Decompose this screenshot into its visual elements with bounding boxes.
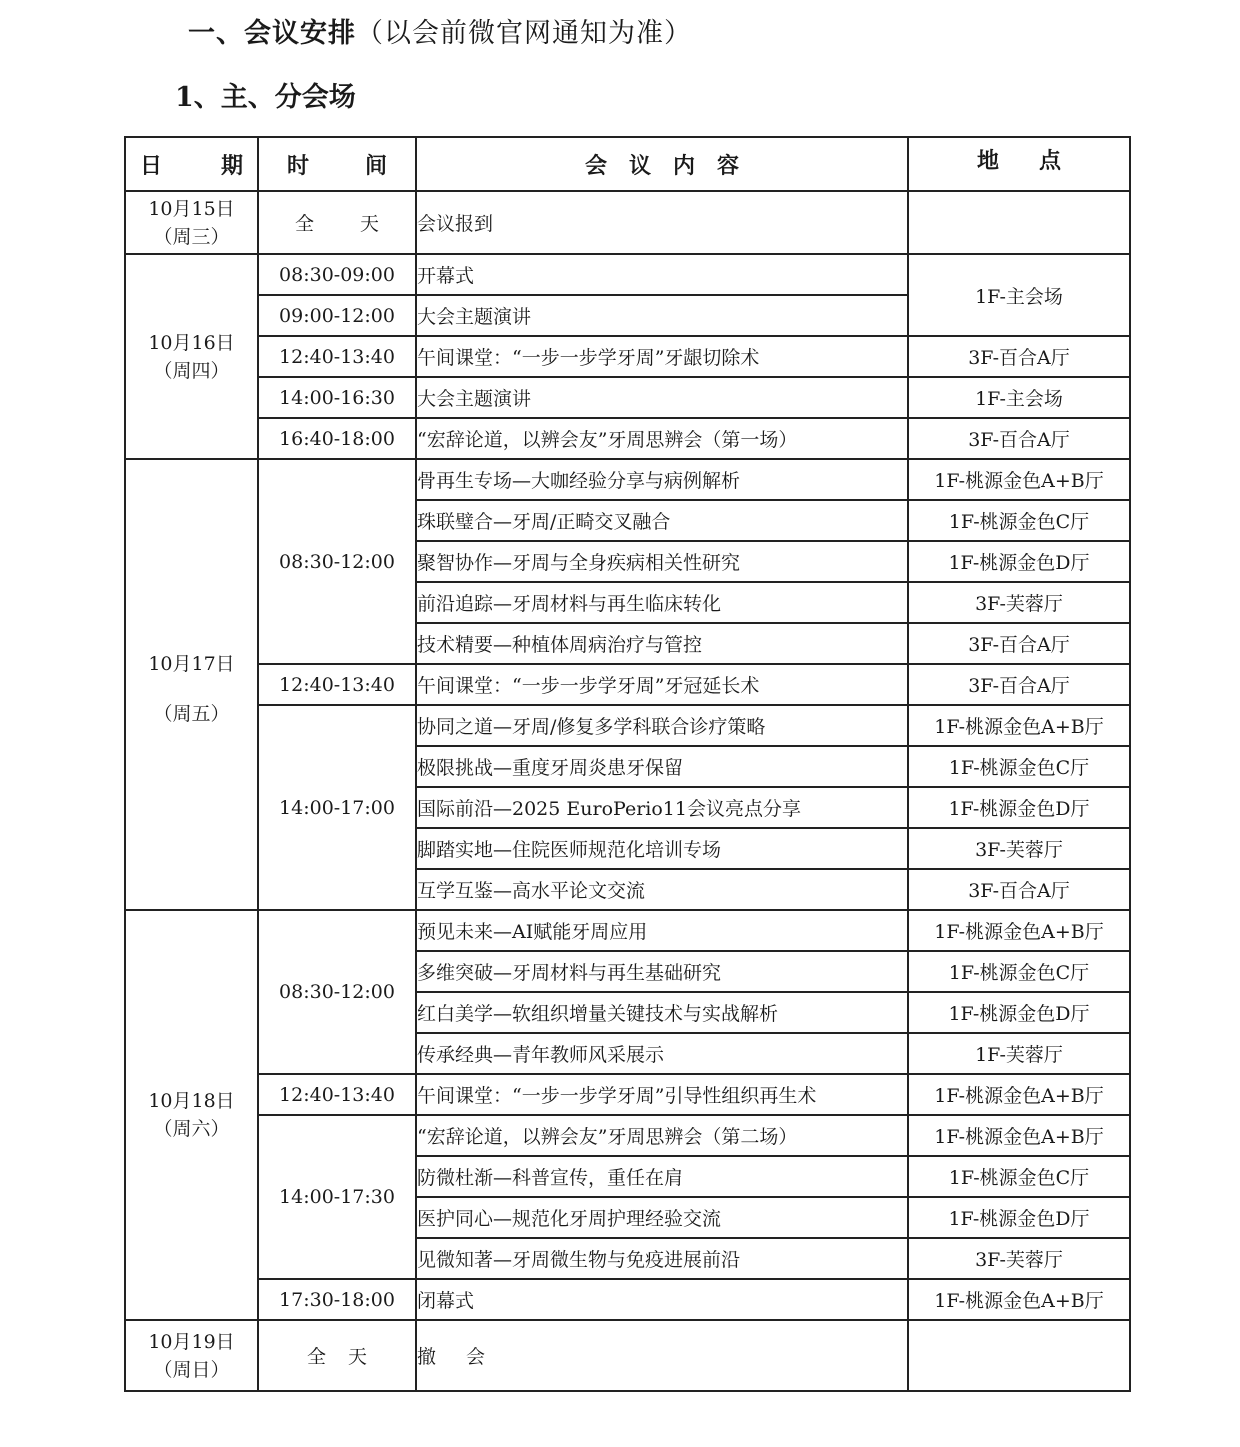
header-time-char: 间 [365,149,387,180]
venue-cell: 1F-桃源金色D厅 [908,541,1130,582]
venue-cell: 1F-桃源金色A+B厅 [908,910,1130,951]
venue-cell: 1F-桃源金色A+B厅 [908,1074,1130,1115]
venue-cell: 1F-芙蓉厅 [908,1033,1130,1074]
content-cell: 预见未来—AI赋能牙周应用 [416,910,908,951]
content-cell: 协同之道—牙周/修复多学科联合诊疗策略 [416,705,908,746]
table-row: 10月17日 （周五） 08:30-12:00 骨再生专场—大咖经验分享与病例解… [125,459,1130,500]
table-header-row: 日期 时间 会议内容 地点 [125,137,1130,191]
venue-cell: 3F-百合A厅 [908,418,1130,459]
content-cell: 互学互鉴—高水平论文交流 [416,869,908,910]
content-cell: 午间课堂：“一步一步学牙周”牙冠延长术 [416,664,908,705]
time-label: 天 [360,209,379,236]
section-title: 一、会议安排（以会前微官网通知为准） [188,14,692,54]
content-label: 会 [466,1346,485,1368]
date-label: 10月19日 [126,1328,257,1356]
venue-cell: 1F-桃源金色A+B厅 [908,705,1130,746]
venue-cell: 3F-芙蓉厅 [908,1238,1130,1279]
date-cell: 10月15日 （周三） [125,191,258,254]
venue-cell: 3F-芙蓉厅 [908,582,1130,623]
time-cell: 12:40-13:40 [258,1074,416,1115]
table-row: 12:40-13:40 午间课堂：“一步一步学牙周”牙冠延长术 3F-百合A厅 [125,664,1130,705]
weekday-label: （周四） [126,357,257,385]
content-cell: 大会主题演讲 [416,295,908,336]
content-cell: 午间课堂：“一步一步学牙周”引导性组织再生术 [416,1074,908,1115]
table-row: 17:30-18:00 闭幕式 1F-桃源金色A+B厅 [125,1279,1130,1320]
header-venue-char: 地 [977,148,999,174]
time-cell: 12:40-13:40 [258,664,416,705]
venue-cell: 3F-芙蓉厅 [908,828,1130,869]
header-time-char: 时 [287,149,309,180]
header-time: 时间 [258,137,416,191]
header-venue-char: 点 [1039,148,1061,174]
venue-cell: 1F-桃源金色D厅 [908,1197,1130,1238]
weekday-label: （周日） [126,1356,257,1384]
content-cell: 开幕式 [416,254,908,295]
header-date: 日期 [125,137,258,191]
table-row: 16:40-18:00 “宏辞论道，以辨会友”牙周思辨会（第一场） 3F-百合A… [125,418,1130,459]
content-cell: 极限挑战—重度牙周炎患牙保留 [416,746,908,787]
table-row: 12:40-13:40 午间课堂：“一步一步学牙周”牙龈切除术 3F-百合A厅 [125,336,1130,377]
header-date-char: 日 [140,149,162,180]
content-cell: 大会主题演讲 [416,377,908,418]
venue-cell: 3F-百合A厅 [908,664,1130,705]
header-content-label: 会议内容 [563,153,761,179]
date-cell: 10月17日 （周五） [125,459,258,910]
date-label: 10月17日 [126,650,257,678]
venue-cell [908,191,1130,254]
header-content: 会议内容 [416,137,908,191]
content-cell: 技术精要—种植体周病治疗与管控 [416,623,908,664]
date-label: 10月15日 [126,195,257,223]
content-cell: 前沿追踪—牙周材料与再生临床转化 [416,582,908,623]
content-cell: 医护同心—规范化牙周护理经验交流 [416,1197,908,1238]
time-cell: 08:30-12:00 [258,459,416,664]
venue-cell [908,1320,1130,1391]
table-row: 10月16日 （周四） 08:30-09:00 开幕式 1F-主会场 [125,254,1130,295]
table-row: 10月19日 （周日） 全天 撤会 [125,1320,1130,1391]
content-cell: 珠联璧合—牙周/正畸交叉融合 [416,500,908,541]
content-cell: 骨再生专场—大咖经验分享与病例解析 [416,459,908,500]
time-cell: 14:00-17:30 [258,1115,416,1279]
time-label: 全 [295,209,314,236]
time-label: 天 [348,1346,367,1368]
time-cell: 12:40-13:40 [258,336,416,377]
venue-cell: 1F-桃源金色A+B厅 [908,1115,1130,1156]
section-title-main: 一、会议安排 [188,18,356,49]
venue-cell: 1F-桃源金色A+B厅 [908,1279,1130,1320]
content-cell: 见微知著—牙周微生物与免疫进展前沿 [416,1238,908,1279]
content-cell: “宏辞论道，以辨会友”牙周思辨会（第一场） [416,418,908,459]
time-cell: 09:00-12:00 [258,295,416,336]
time-cell: 全天 [258,191,416,254]
time-cell: 17:30-18:00 [258,1279,416,1320]
venue-cell: 1F-主会场 [908,377,1130,418]
subsection-title: 1、主、分会场 [175,78,356,118]
time-cell: 全天 [258,1320,416,1391]
time-cell: 14:00-16:30 [258,377,416,418]
time-cell: 08:30-12:00 [258,910,416,1074]
venue-cell: 1F-主会场 [908,254,1130,336]
weekday-label: （周五） [126,700,257,728]
venue-cell: 3F-百合A厅 [908,336,1130,377]
time-cell: 08:30-09:00 [258,254,416,295]
date-cell: 10月18日 （周六） [125,910,258,1320]
content-cell: 会议报到 [416,191,908,254]
venue-cell: 1F-桃源金色C厅 [908,951,1130,992]
content-cell: 国际前沿—2025 EuroPerio11会议亮点分享 [416,787,908,828]
date-cell: 10月16日 （周四） [125,254,258,459]
table-row: 10月18日 （周六） 08:30-12:00 预见未来—AI赋能牙周应用 1F… [125,910,1130,951]
table-row: 14:00-16:30 大会主题演讲 1F-主会场 [125,377,1130,418]
venue-cell: 3F-百合A厅 [908,869,1130,910]
date-label: 10月18日 [126,1087,257,1115]
weekday-label: （周三） [126,223,257,251]
time-cell: 14:00-17:00 [258,705,416,910]
content-label: 撤 [417,1346,436,1368]
content-cell: 红白美学—软组织增量关键技术与实战解析 [416,992,908,1033]
venue-cell: 1F-桃源金色C厅 [908,1156,1130,1197]
table-row: 14:00-17:30 “宏辞论道，以辨会友”牙周思辨会（第二场） 1F-桃源金… [125,1115,1130,1156]
table-row: 12:40-13:40 午间课堂：“一步一步学牙周”引导性组织再生术 1F-桃源… [125,1074,1130,1115]
content-cell: 撤会 [416,1320,908,1391]
weekday-label: （周六） [126,1115,257,1143]
date-label: 10月16日 [126,329,257,357]
content-cell: 脚踏实地—住院医师规范化培训专场 [416,828,908,869]
time-cell: 16:40-18:00 [258,418,416,459]
time-label: 全 [307,1346,326,1368]
header-date-char: 期 [221,149,243,180]
header-venue: 地点 [908,137,1130,191]
venue-cell: 1F-桃源金色C厅 [908,746,1130,787]
venue-cell: 1F-桃源金色D厅 [908,992,1130,1033]
content-cell: 午间课堂：“一步一步学牙周”牙龈切除术 [416,336,908,377]
table-row: 14:00-17:00 协同之道—牙周/修复多学科联合诊疗策略 1F-桃源金色A… [125,705,1130,746]
content-cell: 防微杜渐—科普宣传，重任在肩 [416,1156,908,1197]
venue-cell: 1F-桃源金色A+B厅 [908,459,1130,500]
content-cell: 传承经典—青年教师风采展示 [416,1033,908,1074]
schedule-table: 日期 时间 会议内容 地点 10月15日 （周三） 全天 会议报到 [124,136,1131,1392]
venue-cell: 1F-桃源金色C厅 [908,500,1130,541]
content-cell: 多维突破—牙周材料与再生基础研究 [416,951,908,992]
date-cell: 10月19日 （周日） [125,1320,258,1391]
content-cell: 闭幕式 [416,1279,908,1320]
content-cell: 聚智协作—牙周与全身疾病相关性研究 [416,541,908,582]
venue-cell: 1F-桃源金色D厅 [908,787,1130,828]
table-row: 10月15日 （周三） 全天 会议报到 [125,191,1130,254]
content-cell: “宏辞论道，以辨会友”牙周思辨会（第二场） [416,1115,908,1156]
venue-cell: 3F-百合A厅 [908,623,1130,664]
section-title-note: （以会前微官网通知为准） [356,18,692,49]
